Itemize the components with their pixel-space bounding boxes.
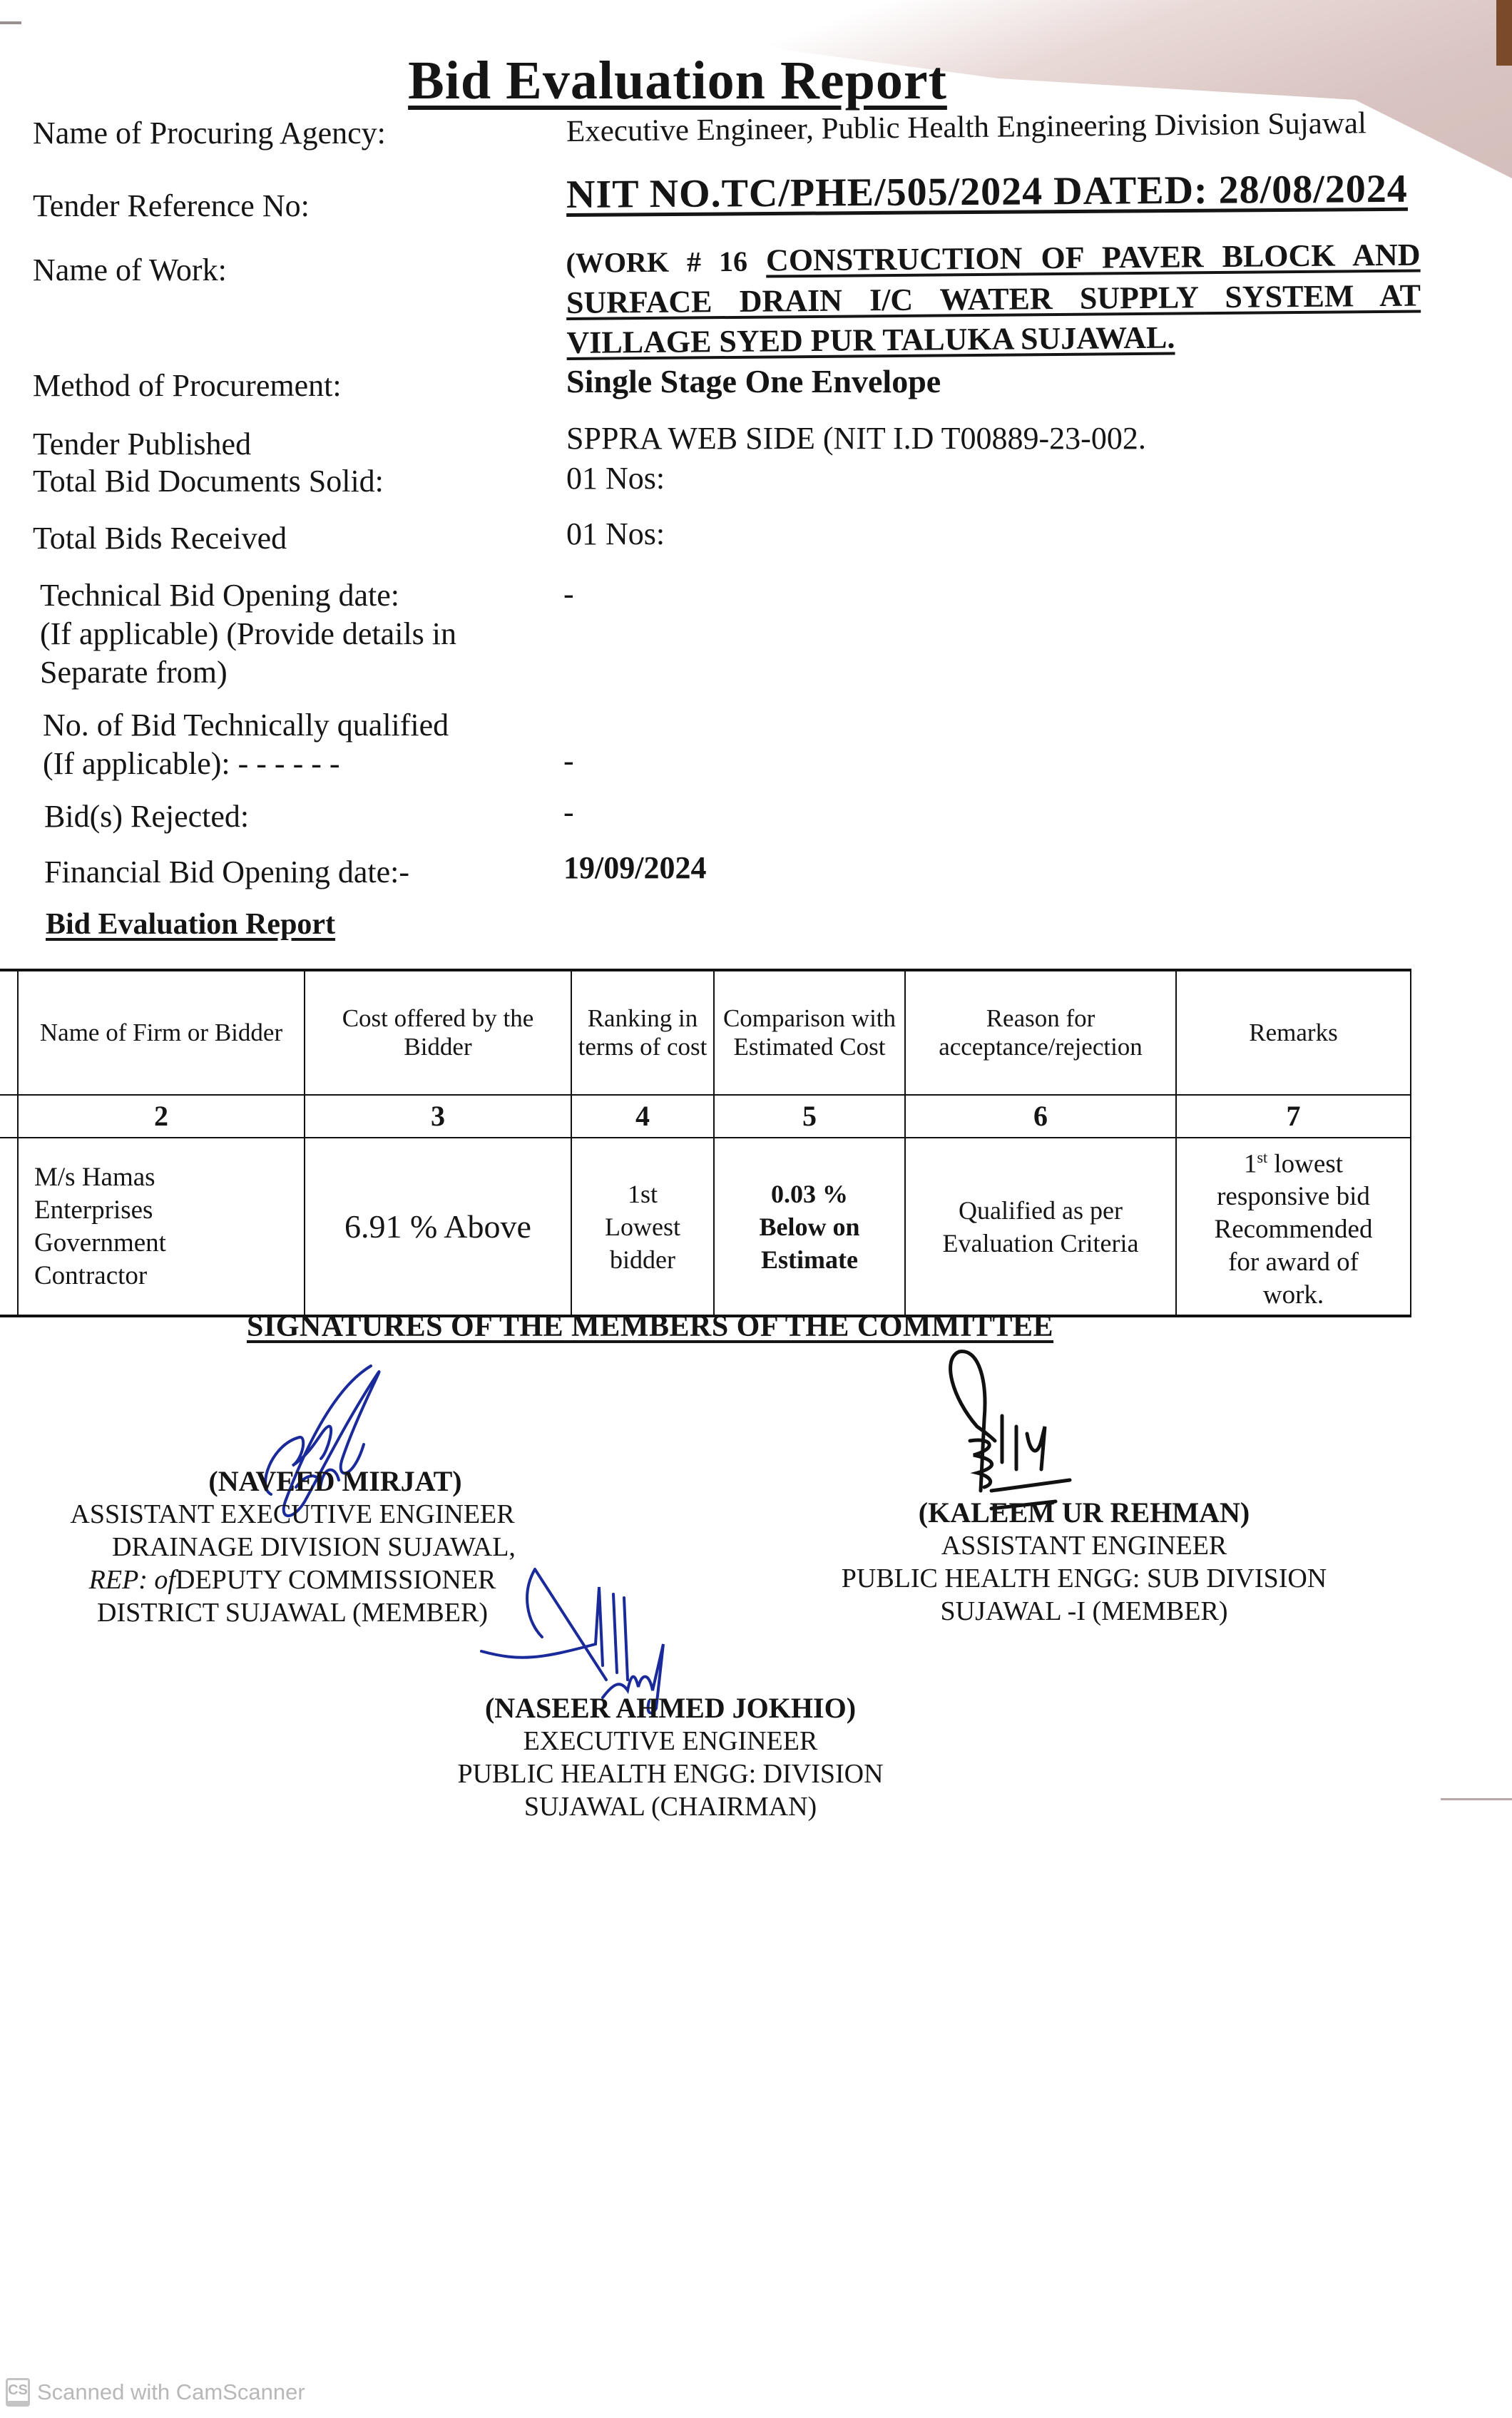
watermark-text: Scanned with CamScanner — [37, 2379, 305, 2405]
header-cell-firm: Name of Firm or Bidder — [18, 970, 305, 1095]
committee-chairman: (NASEER AHMED JOKHIO) EXECUTIVE ENGINEER… — [399, 1692, 941, 1823]
bids-received-label: Total Bids Received — [33, 519, 546, 558]
scan-mark — [1441, 1798, 1512, 1800]
evaluation-section-heading: Bid Evaluation Report — [46, 907, 335, 942]
column-number: 7 — [1176, 1095, 1411, 1138]
member-office: DRAINAGE DIVISION SUJAWAL, — [57, 1531, 528, 1563]
financial-bid-opening-value: 19/09/2024 — [563, 849, 1419, 887]
bids-rejected-value: - — [563, 793, 1419, 832]
cell-sr — [0, 1138, 18, 1316]
bid-documents-sold-label: Total Bid Documents Solid: — [33, 462, 546, 501]
bids-received-value: 01 Nos: — [566, 515, 1422, 554]
procuring-agency-label: Name of Procuring Agency: — [33, 114, 546, 153]
scan-mark — [0, 21, 21, 24]
member-designation: ASSISTANT EXECUTIVE ENGINEER — [57, 1498, 528, 1531]
member-role: SUJAWAL (CHAIRMAN) — [399, 1790, 941, 1823]
member-name: (NAVEED MIRJAT) — [57, 1465, 528, 1498]
bid-documents-sold-value: 01 Nos: — [566, 459, 1422, 498]
header-cell-reason: Reason for acceptance/rejection — [905, 970, 1176, 1095]
work-number: (WORK # 16 — [566, 245, 747, 279]
bids-rejected-label: Bid(s) Rejected: — [44, 797, 558, 836]
column-number: 6 — [905, 1095, 1176, 1138]
committee-member-2: (KALEEM UR REHMAN) ASSISTANT ENGINEER PU… — [799, 1496, 1369, 1628]
column-number: 2 — [18, 1095, 305, 1138]
tender-reference-label: Tender Reference No: — [33, 187, 546, 225]
document-title: Bid Evaluation Report — [0, 50, 1355, 112]
method-label: Method of Procurement: — [33, 367, 546, 405]
signatures-heading: SIGNATURES OF THE MEMBERS OF THE COMMITT… — [247, 1310, 1053, 1344]
method-value: Single Stage One Envelope — [566, 362, 1422, 401]
tender-reference-value: NIT NO.TC/PHE/505/2024 DATED: 28/08/2024 — [566, 170, 1422, 214]
tender-published-value: SPPRA WEB SIDE (NIT I.D T00889-23-002. — [566, 419, 1422, 458]
camscanner-watermark: CS Scanned with CamScanner — [6, 2378, 305, 2407]
cell-reason: Qualified as per Evaluation Criteria — [905, 1138, 1176, 1316]
member-representation: REP: ofDEPUTY COMMISSIONER — [57, 1563, 528, 1596]
financial-bid-opening-label: Financial Bid Opening date:- — [44, 853, 558, 892]
member-name: (KALEEM UR REHMAN) — [799, 1496, 1369, 1529]
name-of-work-value: (WORK # 16 CONSTRUCTION OF PAVER BLOCK A… — [566, 235, 1421, 363]
cell-remarks: 1st lowest responsive bid Recommended fo… — [1176, 1138, 1411, 1316]
technical-bid-opening-label: Technical Bid Opening date: (If applicab… — [40, 576, 553, 692]
member-designation: EXECUTIVE ENGINEER — [399, 1725, 941, 1758]
column-number: 5 — [714, 1095, 905, 1138]
table-row: M/s Hamas Enterprises Government Contrac… — [0, 1138, 1411, 1316]
scan-edge — [1496, 0, 1512, 66]
header-cell-comparison: Comparison with Estimated Cost — [714, 970, 905, 1095]
cell-comparison: 0.03 % Below on Estimate — [714, 1138, 905, 1316]
table-header-row: Name of Firm or Bidder Cost offered by t… — [0, 970, 1411, 1095]
name-of-work-label: Name of Work: — [33, 251, 546, 290]
cell-ranking: 1st Lowest bidder — [571, 1138, 714, 1316]
committee-member-1: (NAVEED MIRJAT) ASSISTANT EXECUTIVE ENGI… — [57, 1465, 528, 1629]
cell-cost-offered: 6.91 % Above — [305, 1138, 571, 1316]
header-cell-sr — [0, 970, 18, 1095]
camscanner-logo-icon: CS — [6, 2378, 30, 2407]
cell-firm-name: M/s Hamas Enterprises Government Contrac… — [18, 1138, 305, 1316]
header-cell-ranking: Ranking in terms of cost — [571, 970, 714, 1095]
tender-published-label: Tender Published — [33, 425, 546, 464]
header-cell-cost: Cost offered by the Bidder — [305, 970, 571, 1095]
technically-qualified-label: No. of Bid Technically qualified (If app… — [43, 706, 556, 783]
procuring-agency-value: Executive Engineer, Public Health Engine… — [566, 103, 1422, 151]
member-role: DISTRICT SUJAWAL (MEMBER) — [57, 1596, 528, 1629]
technically-qualified-value: - — [563, 742, 1419, 780]
member-designation: ASSISTANT ENGINEER — [799, 1529, 1369, 1562]
member-office: PUBLIC HEALTH ENGG: SUB DIVISION — [799, 1562, 1369, 1595]
column-number: 3 — [305, 1095, 571, 1138]
column-number: 4 — [571, 1095, 714, 1138]
column-number-row: 2 3 4 5 6 7 — [0, 1095, 1411, 1138]
member-name: (NASEER AHMED JOKHIO) — [399, 1692, 941, 1725]
header-cell-remarks: Remarks — [1176, 970, 1411, 1095]
signature-kaleem-ur-rehman — [949, 1348, 1148, 1519]
member-role: SUJAWAL -I (MEMBER) — [799, 1595, 1369, 1628]
bid-evaluation-table: Name of Firm or Bidder Cost offered by t… — [0, 969, 1411, 1317]
column-number — [0, 1095, 18, 1138]
technical-bid-opening-value: - — [563, 575, 1419, 613]
member-office: PUBLIC HEALTH ENGG: DIVISION — [399, 1758, 941, 1790]
